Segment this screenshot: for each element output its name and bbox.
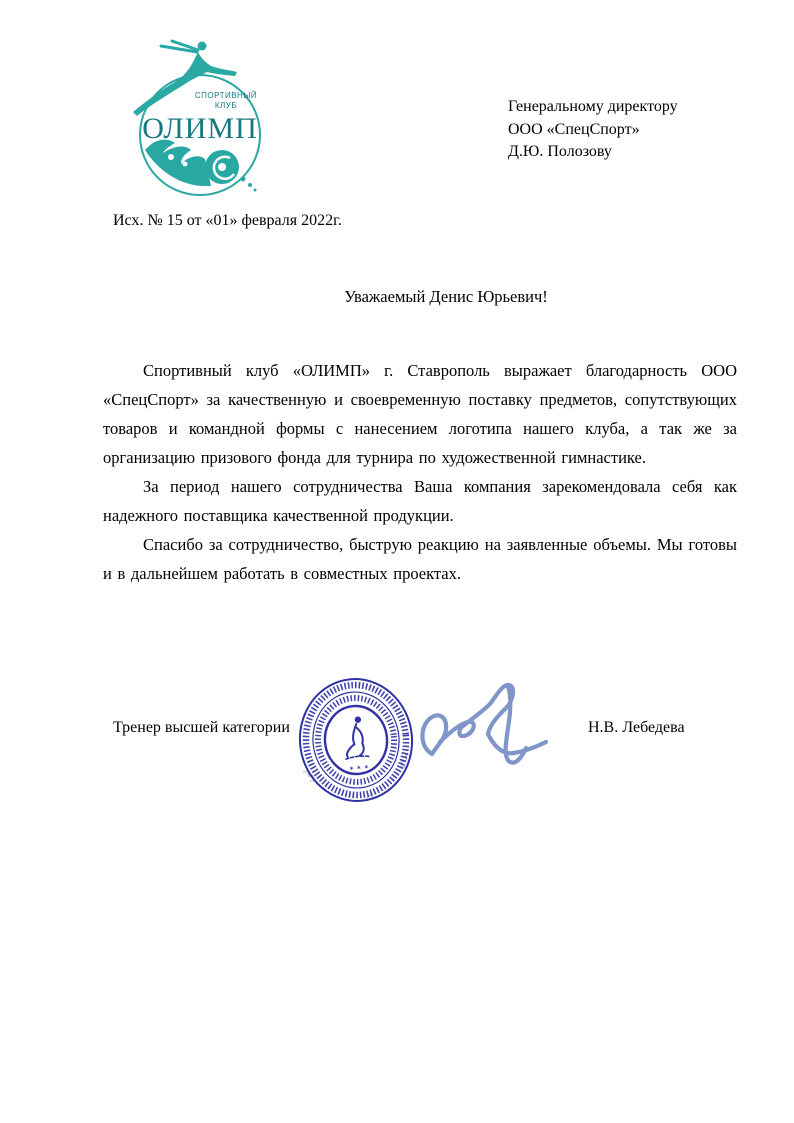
club-type-line2: КЛУБ xyxy=(215,101,237,110)
handwritten-signature xyxy=(410,676,552,780)
stamp-seal-icon: ✶ ✶ ✶ xyxy=(296,674,418,808)
club-name: ОЛИМП xyxy=(142,112,258,145)
club-type-line1: СПОРТИВНЫЙ xyxy=(195,91,257,100)
club-logo: СПОРТИВНЫЙ КЛУБ ОЛИМП xyxy=(125,36,275,201)
stamp-gymnast-icon xyxy=(342,716,370,759)
body-paragraph: Спортивный клуб «ОЛИМП» г. Ставрополь вы… xyxy=(103,356,737,472)
recipient-line: Генеральному директору xyxy=(508,96,678,119)
letter-body: Спортивный клуб «ОЛИМП» г. Ставрополь вы… xyxy=(103,356,737,588)
signature-icon xyxy=(410,676,552,780)
wave-decoration xyxy=(145,140,257,192)
recipient-line: Д.Ю. Полозову xyxy=(508,141,678,164)
reference-line: Исх. № 15 от «01» февраля 2022г. xyxy=(113,212,342,230)
signer-name: Н.В. Лебедева xyxy=(588,719,685,737)
body-paragraph: Спасибо за сотрудничество, быструю реакц… xyxy=(103,530,737,588)
signer-position-title: Тренер высшей категории xyxy=(113,719,290,737)
body-paragraph: За период нашего сотрудничества Ваша ком… xyxy=(103,472,737,530)
recipient-line: ООО «СпецСпорт» xyxy=(508,119,678,142)
official-stamp: ✶ ✶ ✶ xyxy=(296,674,418,808)
recipient-block: Генеральному директору ООО «СпецСпорт» Д… xyxy=(508,96,678,164)
salutation: Уважаемый Денис Юрьевич! xyxy=(103,287,737,307)
club-logo-graphic: СПОРТИВНЫЙ КЛУБ ОЛИМП xyxy=(125,36,275,201)
letter-page: СПОРТИВНЫЙ КЛУБ ОЛИМП Генеральному дирек… xyxy=(0,0,794,1123)
